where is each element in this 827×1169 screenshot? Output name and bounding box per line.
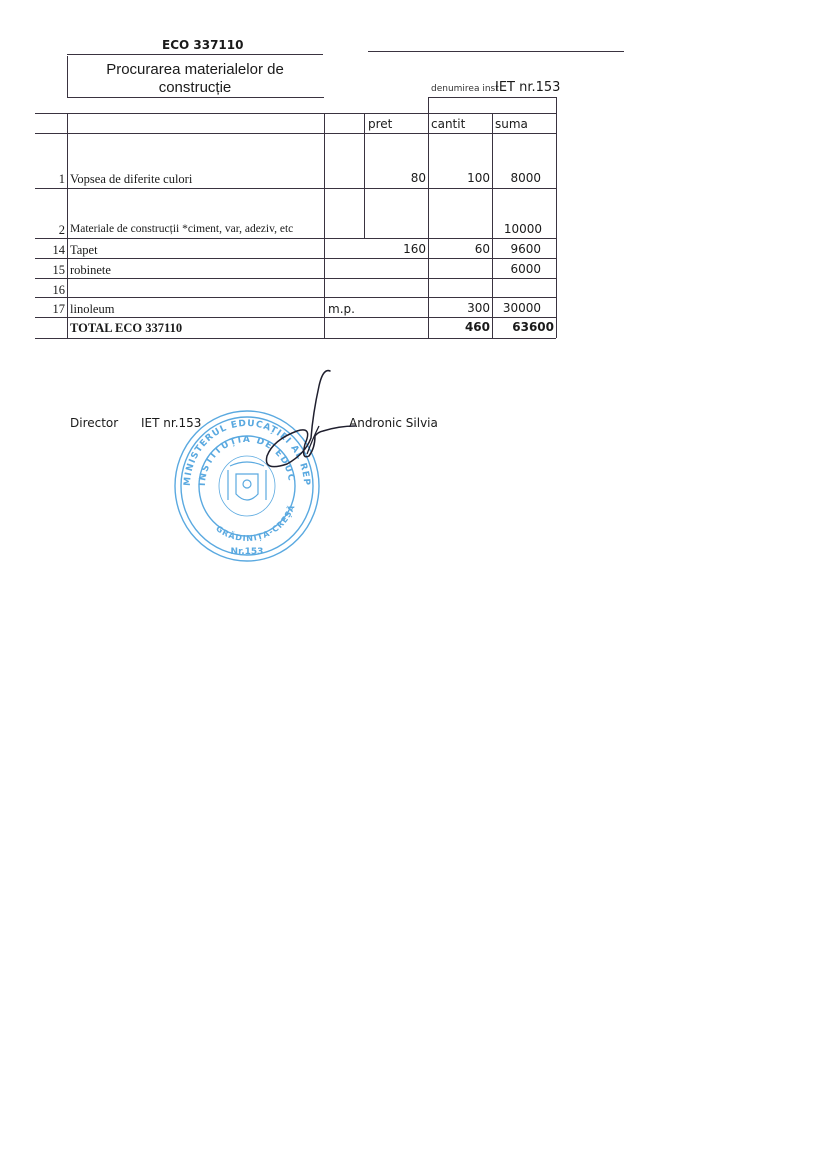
- row-suma: 10000: [494, 222, 542, 236]
- row-suma: 30000: [494, 301, 541, 315]
- row-pret: 160: [366, 242, 426, 256]
- title-line-2: construcție: [67, 79, 323, 96]
- row-index: 2: [35, 223, 65, 238]
- budget-code: ECO 337110: [162, 38, 243, 52]
- col-header-cantit: cantit: [431, 117, 465, 131]
- table-rule: [35, 258, 556, 259]
- row-cantit: 100: [430, 171, 490, 185]
- signatory-role: Director: [70, 416, 118, 430]
- title-line-1: Procurarea materialelor de: [67, 61, 323, 78]
- total-label: TOTAL ECO 337110: [70, 321, 182, 336]
- row-name: Tapet: [70, 243, 98, 258]
- table-rule: [556, 113, 557, 338]
- table-rule: [428, 97, 429, 114]
- row-suma: 9600: [494, 242, 541, 256]
- total-cantit: 460: [430, 320, 490, 334]
- table-rule: [35, 297, 556, 298]
- table-rule: [364, 113, 365, 238]
- institution-name: IET nr.153: [495, 80, 560, 95]
- table-rule: [428, 97, 556, 98]
- row-unit: m.p.: [328, 302, 355, 316]
- row-index: 15: [35, 263, 65, 278]
- row-name: Materiale de construcții *ciment, var, a…: [70, 223, 293, 235]
- table-rule: [35, 238, 556, 239]
- table-rule: [324, 113, 325, 338]
- table-rule: [35, 133, 556, 134]
- row-pret: 80: [366, 171, 426, 185]
- total-suma: 63600: [494, 320, 554, 334]
- row-name: robinete: [70, 263, 111, 278]
- row-index: 16: [35, 283, 65, 298]
- table-rule: [35, 113, 556, 114]
- signature-blank-line: [368, 51, 624, 52]
- row-cantit: 300: [430, 301, 490, 315]
- table-rule: [35, 338, 556, 339]
- svg-text:Nr.153: Nr.153: [231, 547, 264, 557]
- institution-label: denumirea inst: [431, 84, 499, 94]
- table-rule: [492, 113, 493, 338]
- table-rule: [35, 317, 556, 318]
- col-header-suma: suma: [495, 117, 528, 131]
- row-suma: 8000: [494, 171, 541, 185]
- row-index: 1: [35, 172, 65, 187]
- table-rule: [556, 97, 557, 114]
- row-index: 17: [35, 302, 65, 317]
- row-index: 14: [35, 243, 65, 258]
- code-underline: [67, 54, 323, 55]
- row-name: Vopsea de diferite culori: [70, 172, 192, 187]
- row-suma: 6000: [494, 262, 541, 276]
- col-header-pret: pret: [368, 117, 392, 131]
- row-name: linoleum: [70, 302, 114, 317]
- table-rule: [428, 113, 429, 338]
- handwritten-signature-icon: [255, 368, 365, 473]
- table-rule: [35, 188, 556, 189]
- svg-text:GRĂDINIȚA-CREȘĂ: GRĂDINIȚA-CREȘĂ: [214, 502, 297, 543]
- row-cantit: 60: [430, 242, 490, 256]
- table-rule: [35, 278, 556, 279]
- table-rule: [67, 113, 68, 338]
